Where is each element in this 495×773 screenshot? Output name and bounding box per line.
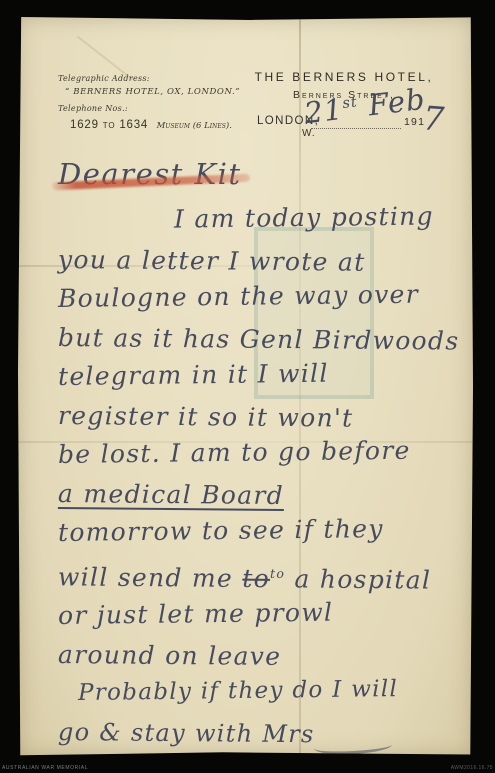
photo-frame: Telegraphic Address: “ BERNERS HOTEL, OX… (0, 0, 495, 773)
letter-line: tomorrow to see if they (58, 508, 470, 552)
catalog-number: AWM2016.16.75 (451, 765, 493, 771)
letter-line: I am today posting (58, 196, 470, 240)
handwritten-year-digit: 7 (422, 98, 446, 138)
letter-body: I am today postingyou a letter I wrote a… (58, 201, 470, 752)
telegraphic-address-value: “ BERNERS HOTEL, OX, LONDON.” (65, 87, 240, 97)
archive-watermark: AUSTRALIAN WAR MEMORIAL (2, 765, 88, 771)
letter-line: Probably if they do I will (78, 670, 470, 714)
letter-line: telegram in it I will (58, 352, 470, 396)
telephone-numbers: 1629 to 1634 (70, 119, 148, 131)
telegraphic-address-label: Telegraphic Address: (58, 74, 150, 83)
letter-line: or just let me prowl (58, 591, 470, 635)
telephone-label: Telephone Nos.: (58, 104, 128, 113)
letter-line: be lost. I am to go before (58, 430, 470, 474)
letter-line: Boulogne on the way over (58, 274, 470, 318)
date-day: 21 (302, 92, 345, 130)
telephone-exchange: Museum (6 Lines). (157, 121, 232, 131)
letter-line: go & stay with Mrs (58, 713, 470, 756)
letter-paper: Telegraphic Address: “ BERNERS HOTEL, OX… (18, 17, 473, 756)
telephone-row: 1629 to 1634 Museum (6 Lines). (70, 115, 232, 133)
